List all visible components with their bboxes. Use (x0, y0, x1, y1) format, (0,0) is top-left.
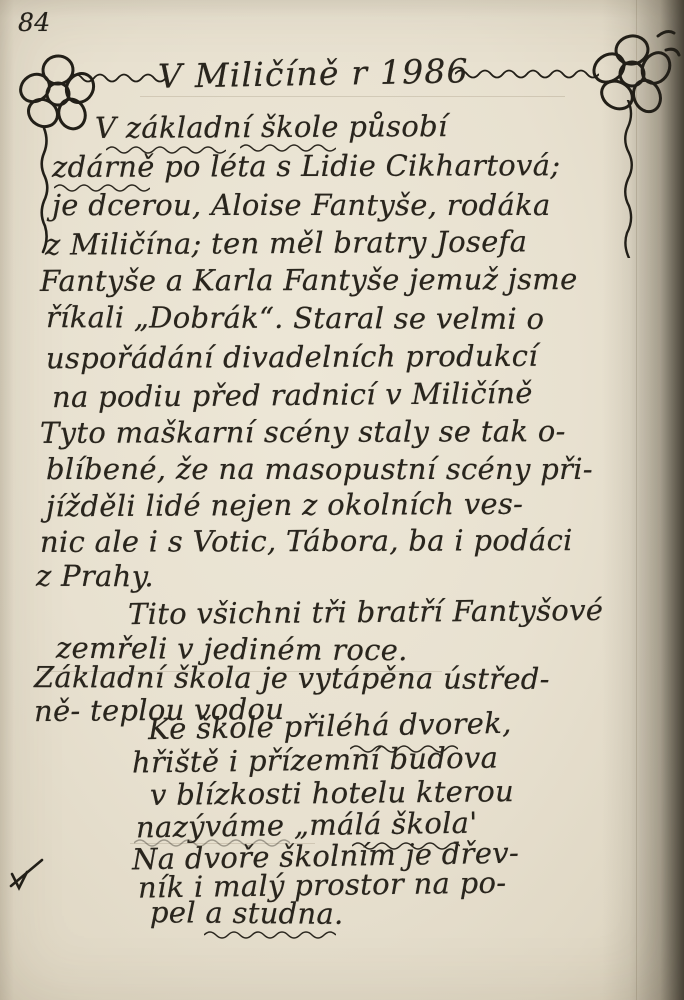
squiggle-line (455, 68, 599, 80)
flower-doodle-icon (12, 48, 104, 140)
handwritten-line: uspořádání divadelních produkcí (46, 339, 538, 376)
page-title: V Miličíně r 1986 (158, 51, 469, 95)
underline-squiggle (54, 183, 150, 193)
handwritten-line: na podiu před radnicí v Miličíně (52, 376, 533, 414)
handwritten-line: blíbené, že na masopustní scény při- (46, 452, 593, 486)
handwritten-line: nic ale i s Votic, Tábora, ba i podáci (40, 523, 573, 559)
handwritten-line: V základní škole působí (95, 109, 448, 145)
squiggle-line (70, 72, 166, 84)
margin-checkmark-icon (6, 852, 46, 896)
underline-squiggle (106, 145, 226, 155)
handwritten-line: říkali „Dobrák“. Staral se velmi o (46, 300, 544, 336)
underline-squiggle (134, 838, 290, 848)
page-number: 84 (18, 8, 50, 37)
handwritten-line: jížděli lidé nejen z okolních ves- (46, 487, 523, 523)
handwritten-line: z Prahy. (36, 559, 154, 594)
handwritten-line: Tito všichni tři bratří Fantyšové (128, 593, 604, 631)
handwritten-line: pel a studna. (150, 895, 344, 931)
handwritten-line: Fantyše a Karla Fantyše jemuž jsme (40, 262, 578, 298)
handwritten-line: je dcerou, Aloise Fantyše, rodáka (52, 188, 551, 222)
flower-stem (616, 100, 640, 258)
handwritten-line: Základní škola je vytápěna ústřed- (34, 660, 550, 696)
underline-squiggle (240, 143, 336, 153)
underline-squiggle (350, 744, 458, 754)
underline-squiggle (204, 930, 336, 940)
chronicle-page: 84 V Miličíně r 1986 (0, 0, 684, 1000)
underline-squiggle (352, 841, 460, 851)
pencil-guide-line (140, 96, 565, 97)
handwritten-line: Tyto maškarní scény staly se tak o- (40, 414, 566, 450)
handwritten-line: z Miličína; ten měl bratry Josefa (45, 224, 527, 261)
